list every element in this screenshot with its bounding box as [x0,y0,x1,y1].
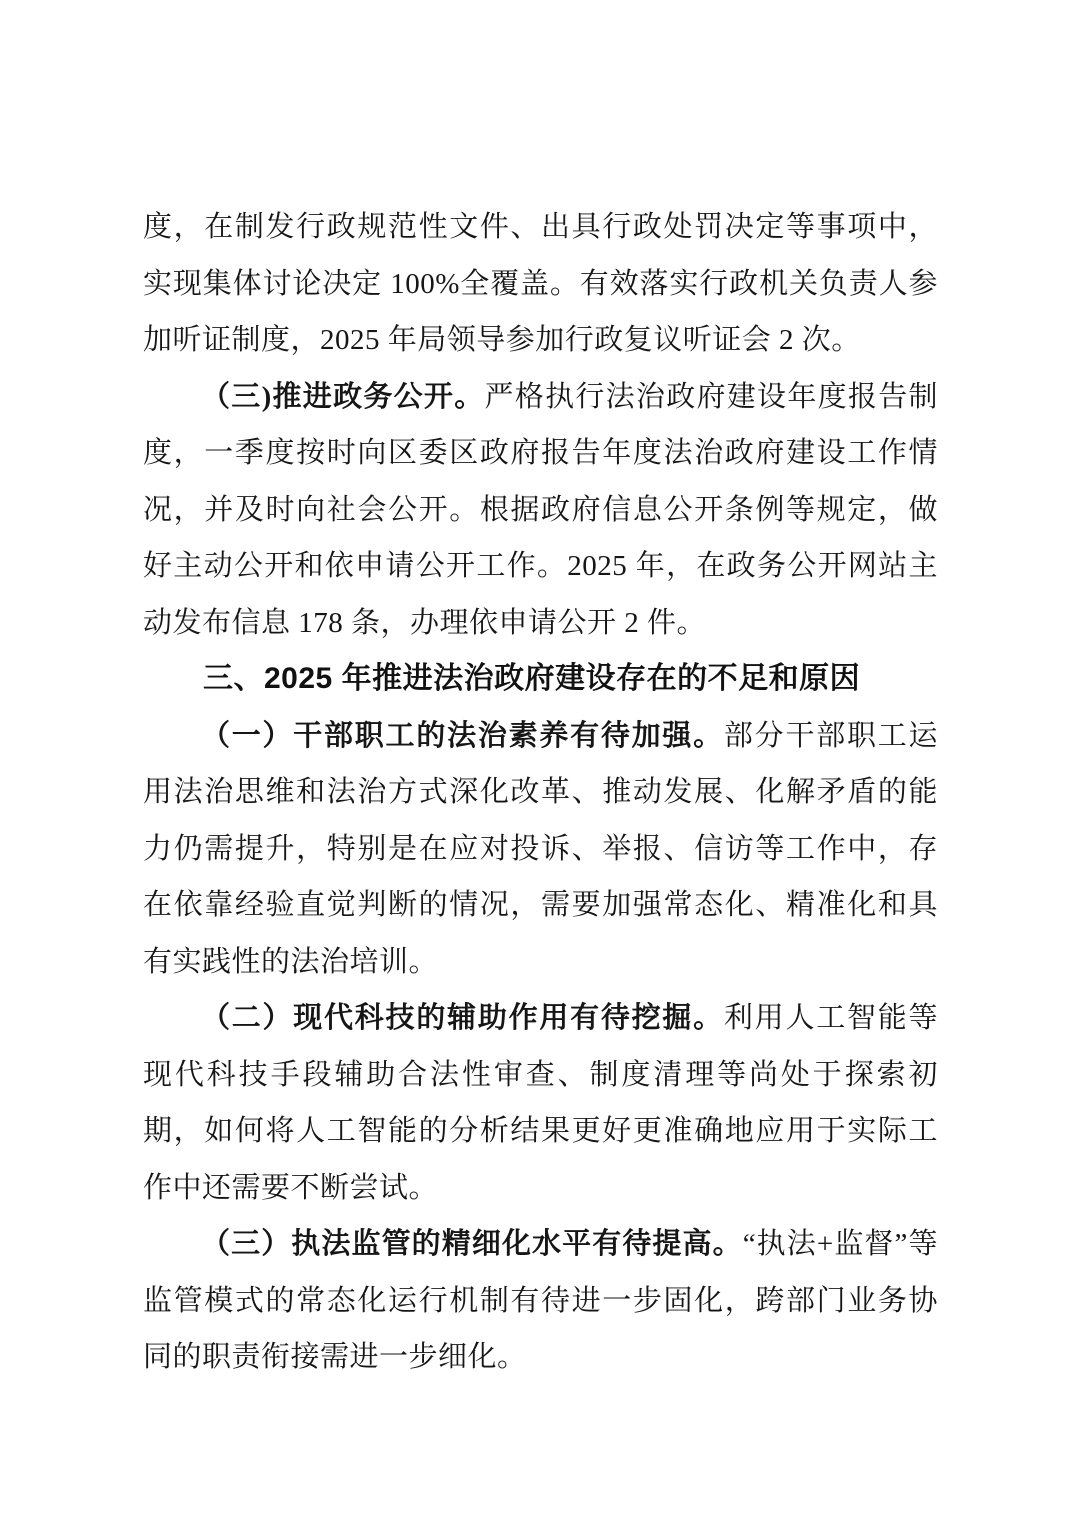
section-heading: 三、2025 年推进法治政府建设存在的不足和原因 [143,651,938,708]
paragraph: （二）现代科技的辅助作用有待挖掘。利用人工智能等现代科技手段辅助合法性审查、制度… [143,990,938,1216]
paragraph-lead: （三）执法监管的精细化水平有待提高。 [201,1228,743,1260]
paragraph: （三）执法监管的精细化水平有待提高。“执法+监督”等监管模式的常态化运行机制有待… [143,1216,938,1386]
paragraph-text: 度，在制发行政规范性文件、出具行政处罚决定等事项中，实现集体讨论决定 100%全… [143,211,938,356]
paragraph-text: 部分干部职工运用法治思维和法治方式深化改革、推动发展、化解矛盾的能力仍需提升，特… [143,720,938,978]
section-heading-text: 三、2025 年推进法治政府建设存在的不足和原因 [203,662,860,695]
document-page: 度，在制发行政规范性文件、出具行政处罚决定等事项中，实现集体讨论决定 100%全… [0,0,1074,1520]
paragraph-lead: （三)推进政务公开。 [201,381,485,413]
paragraph-lead: （一）干部职工的法治素养有待加强。 [201,720,724,752]
document-body: 度，在制发行政规范性文件、出具行政处罚决定等事项中，实现集体讨论决定 100%全… [143,199,938,1386]
paragraph-continuation: 度，在制发行政规范性文件、出具行政处罚决定等事项中，实现集体讨论决定 100%全… [143,199,938,369]
paragraph: （一）干部职工的法治素养有待加强。部分干部职工运用法治思维和法治方式深化改革、推… [143,708,938,991]
paragraph-lead: （二）现代科技的辅助作用有待挖掘。 [201,1002,724,1034]
paragraph: （三)推进政务公开。严格执行法治政府建设年度报告制度，一季度按时向区委区政府报告… [143,369,938,652]
paragraph-text: 严格执行法治政府建设年度报告制度，一季度按时向区委区政府报告年度法治政府建设工作… [143,381,938,639]
